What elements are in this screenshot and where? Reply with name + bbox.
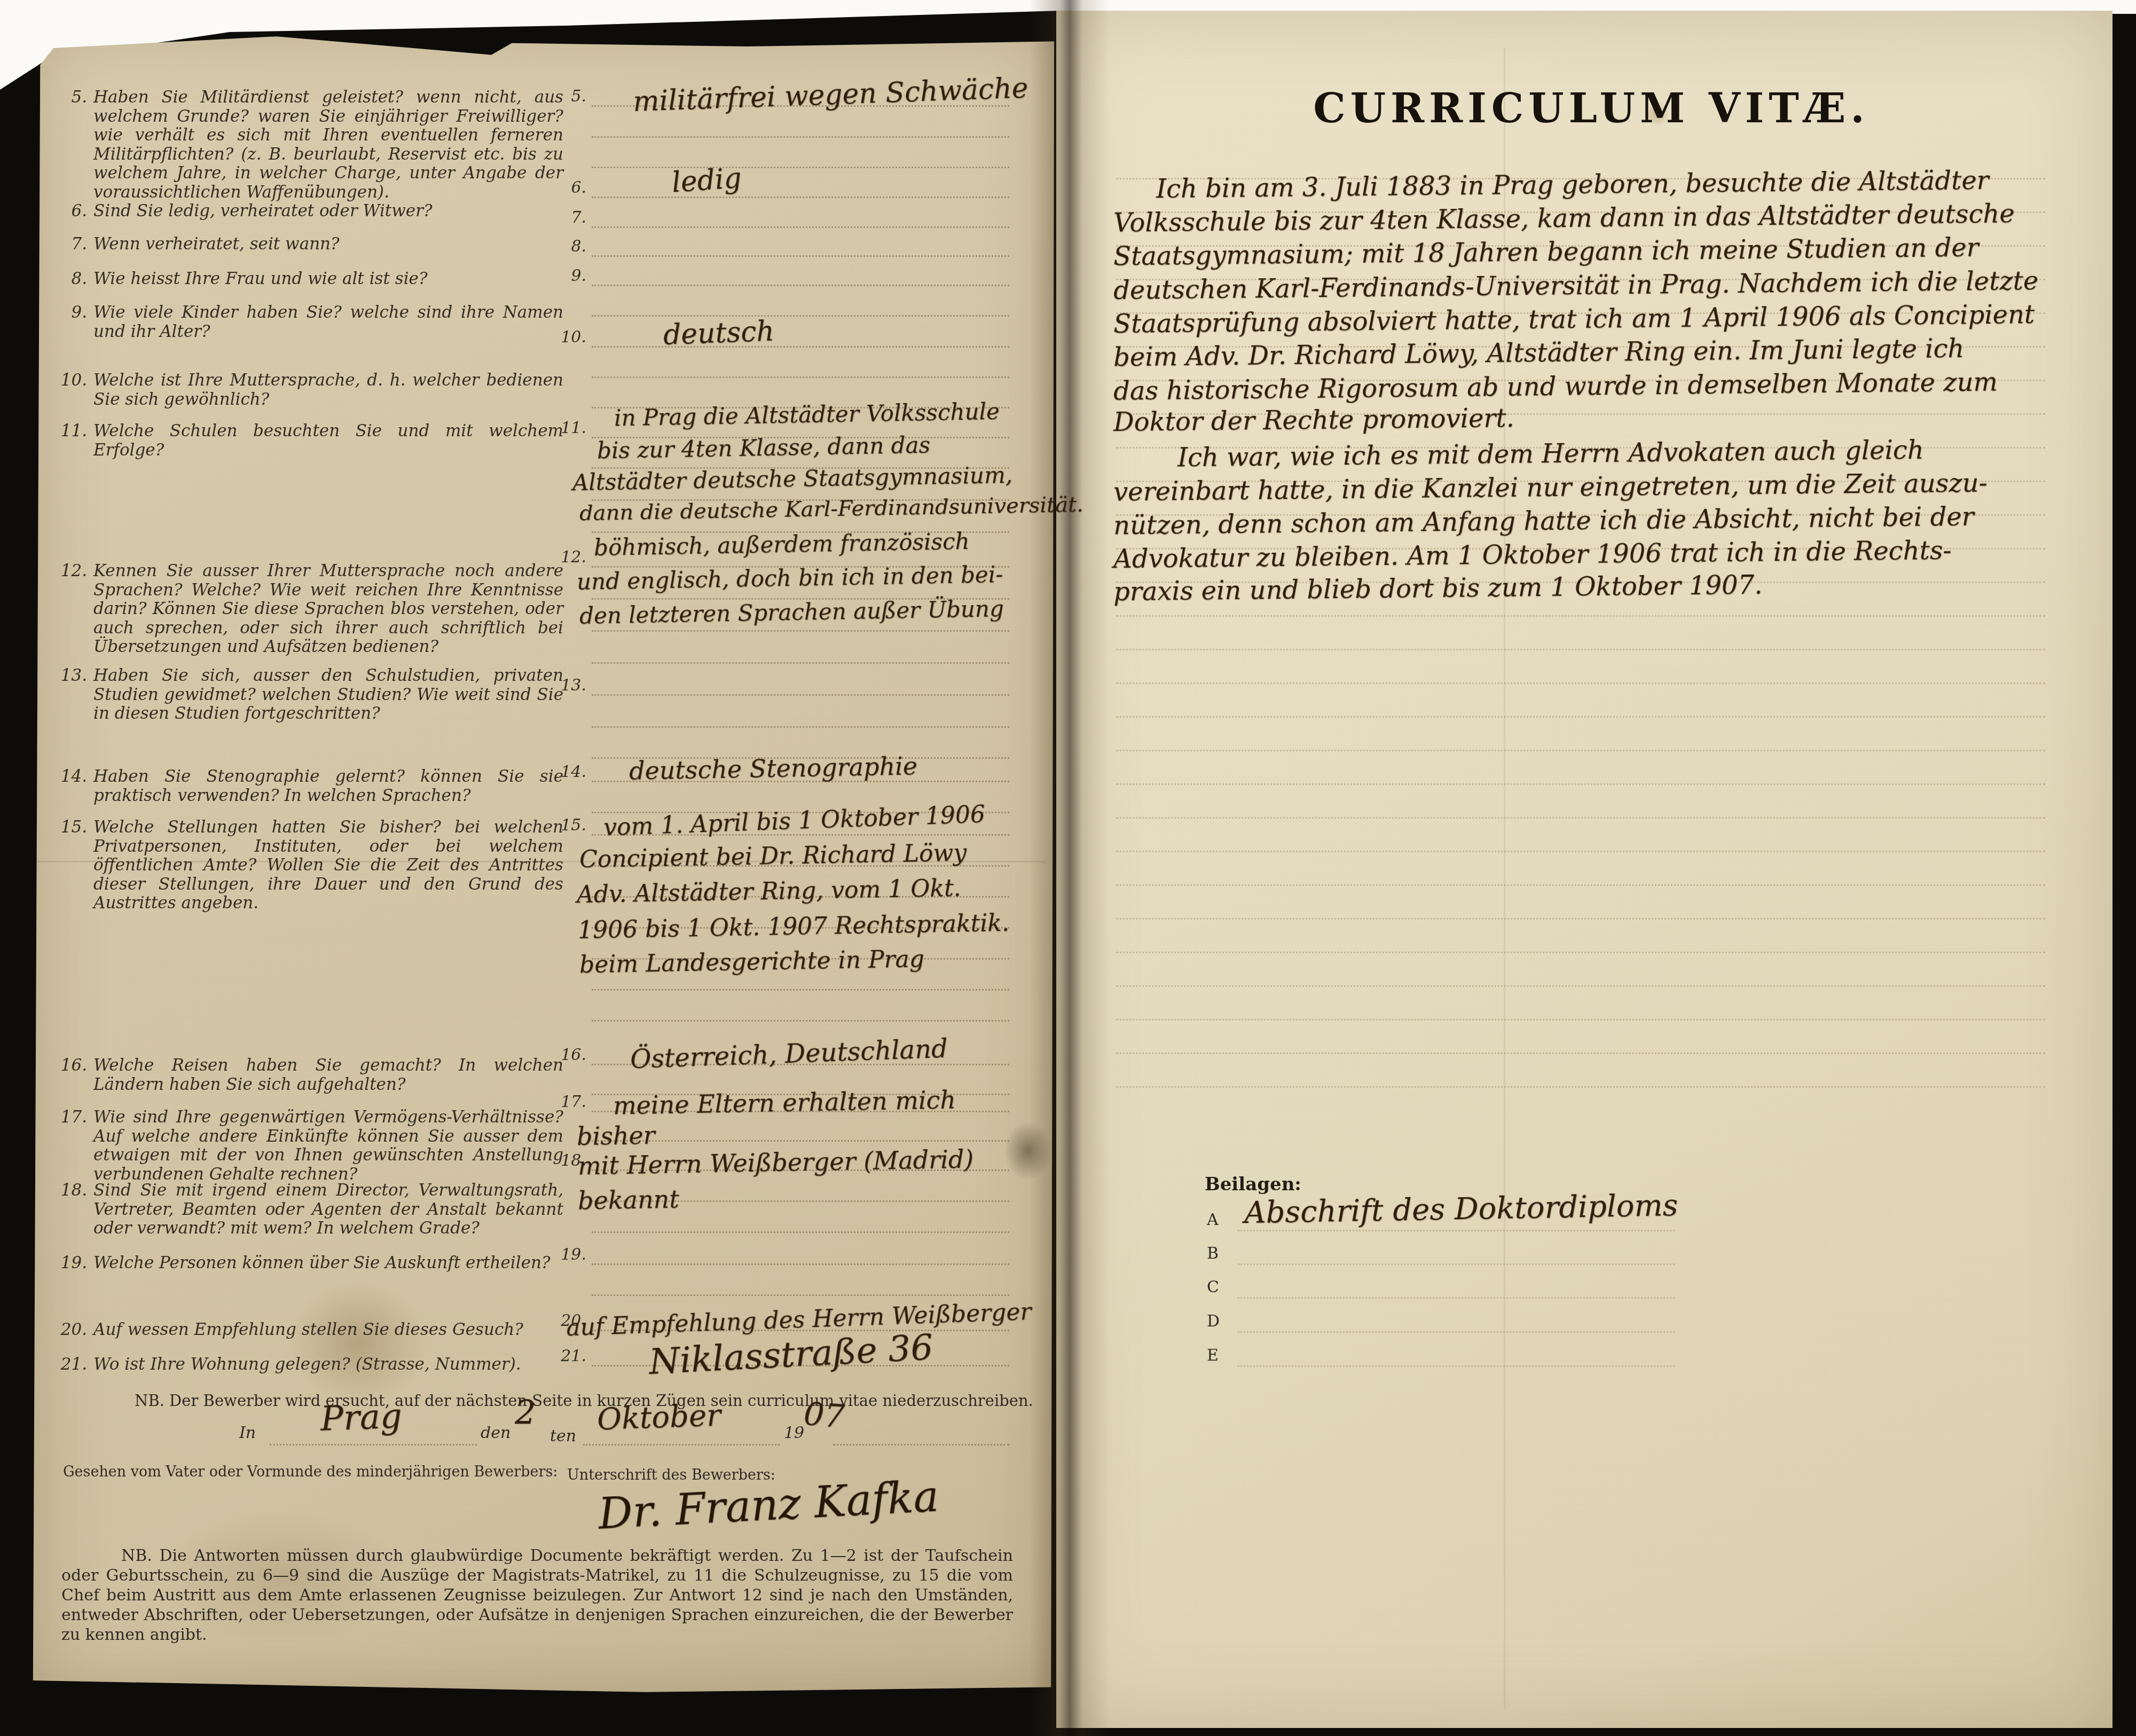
- question-number: 12.: [52, 562, 87, 581]
- answer-dotted-line: [592, 1231, 1009, 1233]
- question-text: Welche Schulen besuchten Sie und mit wel…: [93, 421, 563, 460]
- cv-ruled-line: [1116, 716, 2045, 718]
- date-year-printed: 19: [784, 1424, 804, 1442]
- date-city-line: [270, 1444, 477, 1446]
- date-year-handwritten: 07: [803, 1395, 846, 1435]
- answer-dotted-line: [592, 346, 1009, 348]
- question-item: 19.Welche Personen können über Sie Ausku…: [93, 1254, 563, 1273]
- date-day-handwritten: 2: [515, 1393, 536, 1432]
- question-text: Sind Sie ledig, verheiratet oder Witwer?: [93, 201, 433, 221]
- answer-dotted-line: [592, 255, 1009, 257]
- answer-dotted-line: [592, 1263, 1009, 1265]
- question-item: 9.Wie viele Kinder haben Sie? welche sin…: [93, 303, 563, 341]
- question-text: Wo ist Ihre Wohnung gelegen? (Strasse, N…: [93, 1355, 521, 1374]
- scanned-document: 5.Haben Sie Militärdienst geleistet? wen…: [0, 0, 2136, 1736]
- cv-ruled-line: [1116, 851, 2045, 852]
- question-number: 20.: [52, 1321, 87, 1340]
- cv-ruled-line: [1116, 952, 2045, 953]
- question-number: 6.: [52, 202, 87, 221]
- beilage-letter: A: [1207, 1211, 1219, 1229]
- question-number: 9.: [52, 303, 87, 323]
- date-month-line: [583, 1444, 780, 1446]
- answer-dotted-line: [592, 136, 1009, 138]
- question-text: Welche ist Ihre Muttersprache, d. h. wel…: [93, 371, 563, 409]
- answer-number: 5.: [559, 87, 586, 106]
- answer-number: 7.: [559, 208, 586, 227]
- guardian-signature-label: Gesehen vom Vater oder Vormunde des mind…: [63, 1462, 557, 1482]
- answer-dotted-line: [592, 167, 1009, 168]
- cv-ruled-line: [1116, 1086, 2045, 1088]
- question-item: 14.Haben Sie Stenographie gelernt? könne…: [93, 767, 563, 805]
- question-number: 13.: [52, 666, 87, 686]
- question-number: 8.: [52, 270, 87, 289]
- answer-handwriting: deutsch: [663, 315, 775, 351]
- nb-note: NB. Der Bewerber wird ersucht, auf der n…: [135, 1392, 1033, 1410]
- cv-ruled-line: [1116, 884, 2045, 886]
- cv-ruled-line: [1116, 918, 2045, 920]
- answer-dotted-line: [592, 726, 1009, 728]
- answer-number: 9.: [559, 266, 586, 285]
- question-number: 18.: [52, 1181, 87, 1200]
- question-item: 18.Sind Sie mit irgend einem Director, V…: [93, 1181, 563, 1238]
- answer-dotted-line: [592, 662, 1009, 664]
- answer-number: 19.: [559, 1245, 586, 1264]
- question-item: 15.Welche Stellungen hatten Sie bisher? …: [93, 818, 563, 913]
- question-number: 16.: [52, 1056, 87, 1075]
- beilage-letter: E: [1207, 1346, 1219, 1365]
- beilage-letter: C: [1207, 1278, 1219, 1297]
- answer-number: 6.: [559, 178, 586, 197]
- question-text: Auf wessen Empfehlung stellen Sie dieses…: [93, 1320, 523, 1339]
- question-text: Welche Personen können über Sie Auskunft…: [93, 1253, 551, 1272]
- answer-number: 21.: [559, 1347, 586, 1365]
- question-item: 21.Wo ist Ihre Wohnung gelegen? (Strasse…: [93, 1355, 563, 1374]
- question-number: 15.: [52, 818, 87, 837]
- answer-handwriting: bekannt: [578, 1184, 680, 1215]
- cv-ruled-line: [1116, 783, 2045, 785]
- beilage-dotted-line: [1238, 1331, 1675, 1333]
- question-item: 6.Sind Sie ledig, verheiratet oder Witwe…: [93, 202, 563, 221]
- question-text: Wie sind Ihre gegenwärtigen Vermögens-Ve…: [93, 1107, 563, 1184]
- cv-handwriting-line: Doktor der Rechte promoviert.: [1113, 403, 1514, 437]
- date-trailing-line: [833, 1444, 1009, 1446]
- answer-dotted-line: [592, 285, 1009, 286]
- question-item: 17.Wie sind Ihre gegenwärtigen Vermögens…: [93, 1108, 563, 1184]
- cv-ruled-line: [1116, 649, 2045, 650]
- question-number: 10.: [52, 371, 87, 390]
- cv-title: CURRICULUM VITÆ.: [1164, 84, 2019, 132]
- question-text: Wie heisst Ihre Frau und wie alt ist sie…: [93, 269, 428, 288]
- answer-dotted-line: [592, 1294, 1009, 1296]
- answer-dotted-line: [592, 694, 1009, 696]
- question-text: Welche Stellungen hatten Sie bisher? bei…: [93, 818, 563, 913]
- question-text: Haben Sie Militärdienst geleistet? wenn …: [93, 88, 563, 202]
- question-text: Welche Reisen haben Sie gemacht? In welc…: [93, 1056, 563, 1094]
- question-number: 14.: [52, 767, 87, 787]
- answer-number: 8.: [559, 237, 586, 256]
- answer-handwriting: meine Eltern erhalten mich: [613, 1085, 956, 1120]
- question-number: 21.: [52, 1355, 87, 1374]
- date-in-label: In: [239, 1424, 256, 1442]
- question-text: Wie viele Kinder haben Sie? welche sind …: [93, 303, 563, 341]
- question-number: 17.: [52, 1108, 87, 1127]
- beilage-dotted-line: [1238, 1263, 1675, 1265]
- question-item: 12.Kennen Sie ausser Ihrer Muttersprache…: [93, 562, 563, 657]
- question-item: 13.Haben Sie sich, ausser den Schulstudi…: [93, 666, 563, 724]
- answer-handwriting: ledig: [671, 162, 742, 199]
- answer-number: 11.: [559, 419, 586, 437]
- answer-number: 13.: [559, 676, 586, 695]
- question-item: 11.Welche Schulen besuchten Sie und mit …: [93, 422, 563, 460]
- question-text: Kennen Sie ausser Ihrer Muttersprache no…: [93, 561, 563, 656]
- answer-number: 16.: [559, 1046, 586, 1064]
- answer-dotted-line: [592, 226, 1009, 228]
- cv-ruled-line: [1116, 817, 2045, 819]
- question-text: Sind Sie mit irgend einem Director, Verw…: [93, 1181, 563, 1238]
- answer-number: 14.: [559, 763, 586, 781]
- question-item: 8.Wie heisst Ihre Frau und wie alt ist s…: [93, 270, 563, 289]
- beilage-letter: B: [1207, 1244, 1219, 1263]
- answer-dotted-line: [592, 197, 1009, 198]
- beilage-letter: D: [1207, 1312, 1220, 1331]
- answer-dotted-line: [592, 376, 1009, 378]
- answer-number: 17.: [559, 1093, 586, 1111]
- answer-handwriting: bisher: [577, 1121, 656, 1151]
- answer-number: 15.: [559, 816, 586, 835]
- answer-dotted-line: [592, 1020, 1009, 1022]
- answer-dotted-line: [592, 315, 1009, 317]
- answer-number: 10.: [559, 328, 586, 347]
- cv-ruled-line: [1116, 750, 2045, 751]
- cv-ruled-line: [1116, 682, 2045, 684]
- question-text: Haben Sie sich, ausser den Schulstudien,…: [93, 666, 563, 723]
- date-month-handwritten: Oktober: [596, 1398, 721, 1437]
- beilage-dotted-line: [1238, 1230, 1675, 1231]
- beilagen-label: Beilagen:: [1205, 1174, 1301, 1195]
- question-item: 16.Welche Reisen haben Sie gemacht? In w…: [93, 1056, 563, 1094]
- answer-handwriting: deutsche Stenographie: [629, 751, 918, 785]
- answer-number: 12.: [559, 548, 586, 567]
- cv-ruled-line: [1116, 615, 2045, 617]
- question-number: 11.: [52, 422, 87, 441]
- question-number: 5.: [52, 88, 87, 107]
- question-item: 5.Haben Sie Militärdienst geleistet? wen…: [93, 88, 563, 202]
- answer-dotted-line: [592, 630, 1009, 632]
- cv-ruled-line: [1116, 985, 2045, 987]
- question-item: 10.Welche ist Ihre Muttersprache, d. h. …: [93, 371, 563, 409]
- date-ten-label: ten: [550, 1427, 576, 1446]
- beilage-dotted-line: [1238, 1297, 1675, 1299]
- beilage-dotted-line: [1238, 1365, 1675, 1367]
- question-number: 7.: [52, 235, 87, 254]
- question-item: 7.Wenn verheiratet, seit wann?: [93, 235, 563, 254]
- cv-ruled-line: [1116, 1019, 2045, 1020]
- question-number: 19.: [52, 1254, 87, 1273]
- date-den-label: den: [481, 1424, 511, 1442]
- answer-dotted-line: [592, 989, 1009, 991]
- cv-ruled-line: [1116, 1052, 2045, 1054]
- question-text: Haben Sie Stenographie gelernt? können S…: [93, 767, 563, 805]
- question-item: 20.Auf wessen Empfehlung stellen Sie die…: [93, 1321, 563, 1340]
- footer-instructions: NB. Die Antworten müssen durch glaubwürd…: [61, 1546, 1013, 1645]
- question-text: Wenn verheiratet, seit wann?: [93, 234, 340, 254]
- date-city-handwritten: Prag: [320, 1396, 403, 1439]
